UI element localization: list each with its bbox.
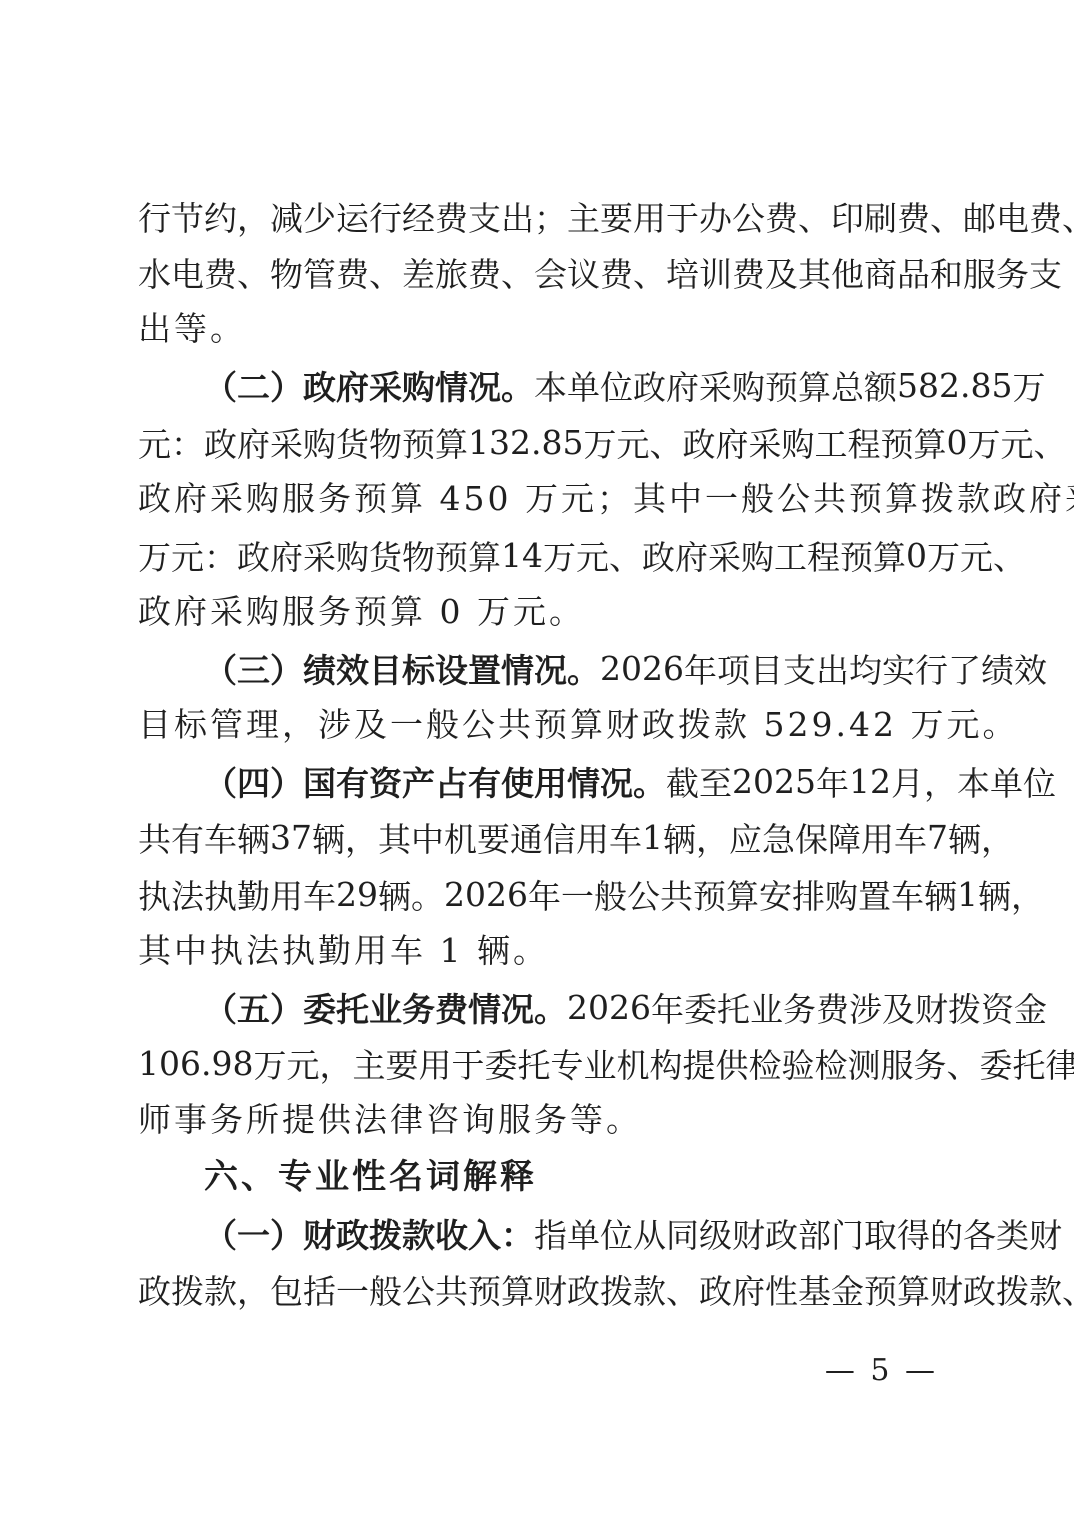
text-run: 培 xyxy=(666,249,699,296)
text-run: 算 xyxy=(468,532,501,579)
text-run: 辆 xyxy=(237,814,270,861)
text-run: 各 xyxy=(963,1210,996,1257)
text-run: 经 xyxy=(402,193,435,240)
section-lead: 用 xyxy=(534,758,567,805)
text-run: 、 xyxy=(946,1040,979,1087)
text-run: 政 xyxy=(682,419,715,466)
text-run: 检 xyxy=(748,1040,781,1087)
text-run: 购 xyxy=(732,362,765,409)
section-lead: 采 xyxy=(369,362,402,409)
section-lead: 占 xyxy=(435,758,468,805)
text-run: 托 xyxy=(717,984,750,1031)
text-run: 和 xyxy=(930,249,963,296)
text-run: 费 xyxy=(1029,193,1062,240)
text-run: 2026 xyxy=(600,649,684,688)
text-run: 车 xyxy=(891,871,924,918)
section-lead: 况 xyxy=(534,645,567,692)
document-body: 行节约，减少运行经费支出；主要用于办公费、印刷费、邮电费、水电费、物管费、差旅费… xyxy=(138,188,988,1318)
text-run: 算 xyxy=(726,871,759,918)
section-lead: 六、专业性名词解释 xyxy=(204,1157,537,1197)
section-lead: 。 xyxy=(501,362,534,409)
section-lead: 款 xyxy=(402,1210,435,1257)
text-run: 用 xyxy=(418,1040,451,1087)
section-lead: 三 xyxy=(237,645,270,692)
text-run: 预 xyxy=(435,532,468,579)
text-run: 主 xyxy=(567,193,600,240)
text-run: 拨 xyxy=(948,984,981,1031)
text-run: 指 xyxy=(534,1210,567,1257)
text-run: 效 xyxy=(1014,645,1047,692)
text-run: 提 xyxy=(682,1040,715,1087)
text-run: 预 xyxy=(840,532,873,579)
section-lead: 财 xyxy=(303,1210,336,1257)
text-run: 财 xyxy=(732,1210,765,1257)
text-run: 一 xyxy=(336,1266,369,1313)
text-run: 货 xyxy=(369,532,402,579)
text-run: 车 xyxy=(204,814,237,861)
text-run: 包 xyxy=(270,1266,303,1313)
text-line: 六、专业性名词解释 xyxy=(138,1149,988,1206)
text-run: 有 xyxy=(171,814,204,861)
text-run: 其中执法执勤用车 1 辆。 xyxy=(138,931,549,970)
text-run: 元 xyxy=(576,532,609,579)
text-run: 急 xyxy=(762,814,795,861)
text-run: 置 xyxy=(858,871,891,918)
text-run: 万 xyxy=(927,532,960,579)
text-run: 执 xyxy=(138,871,171,918)
text-run: 费 xyxy=(336,249,369,296)
text-run: 执 xyxy=(204,871,237,918)
text-run: 采 xyxy=(708,532,741,579)
text-run: 万 xyxy=(583,419,616,466)
text-run: 辆 xyxy=(948,814,981,861)
text-run: 府 xyxy=(237,419,270,466)
text-run: 用 xyxy=(861,814,894,861)
text-run: 其 xyxy=(378,814,411,861)
text-run: 2026 xyxy=(567,988,651,1027)
text-run: 般 xyxy=(369,1266,402,1313)
text-run: 运 xyxy=(336,193,369,240)
text-run: 出 xyxy=(816,645,849,692)
text-run: 邮 xyxy=(963,193,996,240)
text-run: 业 xyxy=(583,1040,616,1087)
text-run: 费 xyxy=(600,249,633,296)
text-run: 公 xyxy=(732,193,765,240)
text-run: 节 xyxy=(171,193,204,240)
text-run: 律 xyxy=(1045,1040,1074,1087)
text-run: 辆 xyxy=(378,871,411,918)
section-lead: 费 xyxy=(435,984,468,1031)
text-run: 目 xyxy=(750,645,783,692)
text-run: 托 xyxy=(1012,1040,1045,1087)
text-run: 法 xyxy=(171,871,204,918)
text-run: 款 xyxy=(1029,1266,1062,1313)
text-run: 于 xyxy=(666,193,699,240)
text-run: 物 xyxy=(369,419,402,466)
text-run: 、 xyxy=(237,249,270,296)
text-run: 拨 xyxy=(600,1266,633,1313)
text-line: （四）国有资产占有使用情况。截至2025年12月，本单位 xyxy=(138,753,988,810)
text-run: 务 xyxy=(783,984,816,1031)
text-run: 水 xyxy=(138,249,171,296)
section-lead: 收 xyxy=(435,1210,468,1257)
text-run: 均 xyxy=(849,645,882,692)
text-run: 年 xyxy=(651,984,684,1031)
section-lead: 使 xyxy=(501,758,534,805)
text-run: 月 xyxy=(891,758,924,805)
section-lead: 五 xyxy=(237,984,270,1031)
section-lead: 资 xyxy=(369,758,402,805)
text-run: 类 xyxy=(996,1210,1029,1257)
section-lead: 绩 xyxy=(303,645,336,692)
text-run: 政 xyxy=(204,419,237,466)
text-line: 行节约，减少运行经费支出；主要用于办公费、印刷费、邮电费、 xyxy=(138,188,988,245)
text-run: 通 xyxy=(510,814,543,861)
text-line: 政府采购服务预算 0 万元。 xyxy=(138,584,988,641)
text-run: 预 xyxy=(402,419,435,466)
text-run: 预 xyxy=(864,1266,897,1313)
text-run: 辆 xyxy=(978,871,1011,918)
section-lead: 况 xyxy=(501,984,534,1031)
text-run: 、 xyxy=(369,249,402,296)
text-run: 1 xyxy=(957,875,978,914)
text-run: ， xyxy=(319,1040,352,1087)
text-run: ； xyxy=(534,193,567,240)
text-run: 费 xyxy=(204,249,237,296)
text-run: 万 xyxy=(138,532,171,579)
text-run: 、 xyxy=(798,193,831,240)
text-run: 实 xyxy=(882,645,915,692)
text-run: 车 xyxy=(609,814,642,861)
text-run: 得 xyxy=(897,1210,930,1257)
text-run: 同 xyxy=(666,1210,699,1257)
section-lead: 况 xyxy=(600,758,633,805)
text-run: 项 xyxy=(717,645,750,692)
text-run: 测 xyxy=(847,1040,880,1087)
text-run: 支 xyxy=(468,193,501,240)
text-run: 政 xyxy=(567,1266,600,1313)
text-run: 障 xyxy=(828,814,861,861)
text-run: 预 xyxy=(765,362,798,409)
text-run: 府 xyxy=(666,362,699,409)
text-run: 印 xyxy=(831,193,864,240)
text-line: 执法执勤用车29辆。2026年一般公共预算安排购置车辆1辆， xyxy=(138,866,988,923)
text-run: 中 xyxy=(411,814,444,861)
text-run: 机 xyxy=(444,814,477,861)
section-lead: 务 xyxy=(402,984,435,1031)
text-run: 辆 xyxy=(312,814,345,861)
text-run: 保 xyxy=(795,814,828,861)
text-run: 支 xyxy=(1029,249,1062,296)
text-run: 至 xyxy=(699,758,732,805)
text-run: 财 xyxy=(534,1266,567,1313)
text-run: 费 xyxy=(732,249,765,296)
text-run: 级 xyxy=(699,1210,732,1257)
text-run: 办 xyxy=(699,193,732,240)
text-run: 托 xyxy=(517,1040,550,1087)
text-run: 单 xyxy=(567,1210,600,1257)
text-run: 、 xyxy=(649,419,682,466)
text-run: 管 xyxy=(303,249,336,296)
text-run: 一 xyxy=(561,871,594,918)
text-run: 12 xyxy=(849,762,891,801)
text-run: 政 xyxy=(642,532,675,579)
text-run: 582.85 xyxy=(897,366,1012,405)
text-line: 政府采购服务预算 450 万元；其中一般公共预算拨款政府采购 xyxy=(138,471,988,528)
section-lead: 托 xyxy=(336,984,369,1031)
text-run: 物 xyxy=(270,249,303,296)
section-lead: 情 xyxy=(501,645,534,692)
text-run: 0 xyxy=(946,423,967,462)
text-run: 1 xyxy=(642,818,663,857)
section-lead: 情 xyxy=(435,362,468,409)
section-lead: 情 xyxy=(567,758,600,805)
section-lead: （ xyxy=(204,362,237,409)
text-run: 单 xyxy=(567,362,600,409)
text-run: 训 xyxy=(699,249,732,296)
text-run: 委 xyxy=(484,1040,517,1087)
text-run: 算 xyxy=(897,1266,930,1313)
text-line: 出等。 xyxy=(138,301,988,358)
section-lead: 设 xyxy=(435,645,468,692)
section-lead: 效 xyxy=(336,645,369,692)
text-run: 政 xyxy=(237,532,270,579)
text-run: 部 xyxy=(798,1210,831,1257)
section-lead: 二 xyxy=(237,362,270,409)
heading-terminology: 六、专业性名词解释 xyxy=(138,1149,988,1206)
text-run: 元 xyxy=(171,532,204,579)
text-run: 本 xyxy=(957,758,990,805)
text-run: 37 xyxy=(270,818,312,857)
text-run: 辆 xyxy=(663,814,696,861)
section-lead: 一 xyxy=(237,1210,270,1257)
text-run: 政府采购服务预算 450 万元；其中一般公共预算拨款政府采购 xyxy=(138,479,1074,518)
text-run: 费 xyxy=(435,193,468,240)
text-run: 元 xyxy=(960,532,993,579)
text-run: 购 xyxy=(741,532,774,579)
text-run: 政 xyxy=(699,1266,732,1313)
text-run: 支 xyxy=(783,645,816,692)
text-run: ， xyxy=(1011,871,1044,918)
section-lead: 入 xyxy=(468,1210,501,1257)
section-lead: 况 xyxy=(468,362,501,409)
text-run: 车 xyxy=(894,814,927,861)
text-run: 车 xyxy=(303,871,336,918)
section-lead: （ xyxy=(204,645,237,692)
section-lead: ： xyxy=(501,1210,534,1257)
text-run: 电 xyxy=(996,193,1029,240)
text-run: 工 xyxy=(814,419,847,466)
text-run: 费 xyxy=(897,193,930,240)
text-run: 算 xyxy=(435,419,468,466)
text-run: 少 xyxy=(303,193,336,240)
text-run: 采 xyxy=(748,419,781,466)
text-line: 共有车辆37辆，其中机要通信用车1辆，应急保障用车7辆， xyxy=(138,810,988,867)
text-run: ， xyxy=(237,193,270,240)
text-run: 议 xyxy=(567,249,600,296)
text-run: 检 xyxy=(814,1040,847,1087)
para-performance-targets: （三）绩效目标设置情况。2026年项目支出均实行了绩效目标管理，涉及一般公共预算… xyxy=(138,640,988,753)
text-run: 0 xyxy=(906,536,927,575)
section-lead: 。 xyxy=(534,984,567,1031)
section-lead: 标 xyxy=(402,645,435,692)
text-run: 务 xyxy=(913,1040,946,1087)
text-run: 费 xyxy=(468,249,501,296)
text-run: 行 xyxy=(138,193,171,240)
text-run: ， xyxy=(924,758,957,805)
text-run: 用 xyxy=(633,193,666,240)
document-page: 行节约，减少运行经费支出；主要用于办公费、印刷费、邮电费、水电费、物管费、差旅费… xyxy=(0,0,1074,1520)
text-run: 行 xyxy=(369,193,402,240)
section-lead: 。 xyxy=(567,645,600,692)
text-run: 及 xyxy=(882,984,915,1031)
text-run: 位 xyxy=(600,362,633,409)
text-run: 购 xyxy=(781,419,814,466)
text-run: 府 xyxy=(732,1266,765,1313)
text-run: 金 xyxy=(1014,984,1047,1031)
text-run: 的 xyxy=(930,1210,963,1257)
text-line: 水电费、物管费、差旅费、会议费、培训费及其他商品和服务支 xyxy=(138,245,988,302)
text-run: 费 xyxy=(765,193,798,240)
text-run: 款 xyxy=(204,1266,237,1313)
page-footer: — 5 — xyxy=(825,1352,938,1390)
text-run: 预 xyxy=(880,419,913,466)
section-lead: ） xyxy=(270,1210,303,1257)
text-run: 132.85 xyxy=(468,423,583,462)
text-run: 购 xyxy=(303,419,336,466)
text-run: 、 xyxy=(666,1266,699,1313)
text-run: 程 xyxy=(807,532,840,579)
text-run: 用 xyxy=(270,871,303,918)
text-run: 府 xyxy=(715,419,748,466)
text-run: 工 xyxy=(774,532,807,579)
text-run: 本 xyxy=(534,362,567,409)
text-run: 约 xyxy=(204,193,237,240)
text-run: 共 xyxy=(660,871,693,918)
text-line: 万元：政府采购货物预算14万元、政府采购工程预算0万元、 xyxy=(138,527,988,584)
section-lead: （ xyxy=(204,1210,237,1257)
text-run: 拨 xyxy=(171,1266,204,1313)
page-number: — 5 — xyxy=(825,1353,938,1388)
text-run: 构 xyxy=(649,1040,682,1087)
text-run: 商 xyxy=(864,249,897,296)
text-run: 年 xyxy=(684,645,717,692)
section-lead: ） xyxy=(270,645,303,692)
text-run: 、 xyxy=(633,249,666,296)
text-run: 会 xyxy=(534,249,567,296)
text-run: 师事务所提供法律咨询服务等。 xyxy=(138,1100,642,1139)
text-run: 算 xyxy=(913,419,946,466)
section-lead: 国 xyxy=(303,758,336,805)
text-run: 单 xyxy=(990,758,1023,805)
para-entrusted-services: （五）委托业务费情况。2026年委托业务费涉及财拨资金106.98万元，主要用于… xyxy=(138,979,988,1149)
text-run: 要 xyxy=(600,193,633,240)
text-run: 年 xyxy=(528,871,561,918)
text-run: 绩 xyxy=(981,645,1014,692)
text-run: 14 xyxy=(501,536,543,575)
text-line: 元：政府采购货物预算132.85万元、政府采购工程预算0万元、 xyxy=(138,414,988,471)
text-run: 务 xyxy=(996,249,1029,296)
text-run: 元 xyxy=(138,419,171,466)
text-run: 财 xyxy=(915,984,948,1031)
text-run: 主 xyxy=(352,1040,385,1087)
text-run: ， xyxy=(696,814,729,861)
text-run: 2026 xyxy=(444,875,528,914)
text-run: 万 xyxy=(1012,362,1045,409)
text-run: 专 xyxy=(550,1040,583,1087)
section-lead: 置 xyxy=(468,645,501,692)
text-run: 出 xyxy=(501,193,534,240)
text-run: 共 xyxy=(435,1266,468,1313)
text-run: 机 xyxy=(616,1040,649,1087)
text-run: 差 xyxy=(402,249,435,296)
para-fiscal-appropriation-income: （一）财政拨款收入：指单位从同级财政部门取得的各类财政拨款，包括一般公共预算财政… xyxy=(138,1205,988,1318)
text-run: 他 xyxy=(831,249,864,296)
section-lead: 情 xyxy=(468,984,501,1031)
text-run: 安 xyxy=(759,871,792,918)
text-run: 府 xyxy=(270,532,303,579)
text-run: 货 xyxy=(336,419,369,466)
text-run: 共 xyxy=(138,814,171,861)
text-run: 2025 xyxy=(732,762,816,801)
text-run: 业 xyxy=(750,984,783,1031)
section-lead: 四 xyxy=(237,758,270,805)
section-lead: 有 xyxy=(468,758,501,805)
text-run: 减 xyxy=(270,193,303,240)
section-lead: 委 xyxy=(303,984,336,1031)
text-run: 要 xyxy=(477,814,510,861)
text-run: 政 xyxy=(138,1266,171,1313)
text-run: 29 xyxy=(336,875,378,914)
text-run: 验 xyxy=(781,1040,814,1087)
para-government-procurement: （二）政府采购情况。本单位政府采购预算总额582.85万元：政府采购货物预算13… xyxy=(138,358,988,641)
text-run: 物 xyxy=(402,532,435,579)
text-run: 位 xyxy=(1023,758,1056,805)
text-run: 万 xyxy=(967,419,1000,466)
text-run: 排 xyxy=(792,871,825,918)
text-run: 服 xyxy=(963,249,996,296)
text-run: 、 xyxy=(1033,419,1066,466)
section-lead: 拨 xyxy=(369,1210,402,1257)
text-run: 采 xyxy=(699,362,732,409)
text-run: 品 xyxy=(897,249,930,296)
text-run: 公 xyxy=(402,1266,435,1313)
text-run: 政 xyxy=(765,1210,798,1257)
text-run: 政府采购服务预算 0 万元。 xyxy=(138,592,585,631)
text-run: 括 xyxy=(303,1266,336,1313)
text-run: 门 xyxy=(831,1210,864,1257)
section-lead: 有 xyxy=(336,758,369,805)
text-run: 采 xyxy=(303,532,336,579)
text-run: 购 xyxy=(336,532,369,579)
text-run: 、 xyxy=(1062,193,1074,240)
text-line: 目标管理，涉及一般公共预算财政拨款 529.42 万元。 xyxy=(138,697,988,754)
text-run: 从 xyxy=(633,1210,666,1257)
text-run: 用 xyxy=(576,814,609,861)
text-run: 算 xyxy=(798,362,831,409)
text-run: 预 xyxy=(693,871,726,918)
section-lead: ） xyxy=(270,984,303,1031)
text-run: 刷 xyxy=(864,193,897,240)
text-run: 基 xyxy=(798,1266,831,1313)
text-run: 采 xyxy=(270,419,303,466)
text-run: 、 xyxy=(501,249,534,296)
text-run: 旅 xyxy=(435,249,468,296)
text-run: 目标管理，涉及一般公共预算财政拨款 529.42 万元。 xyxy=(138,705,1018,744)
text-line: 师事务所提供法律咨询服务等。 xyxy=(138,1092,988,1149)
text-run: 及 xyxy=(765,249,798,296)
text-run: 府 xyxy=(675,532,708,579)
